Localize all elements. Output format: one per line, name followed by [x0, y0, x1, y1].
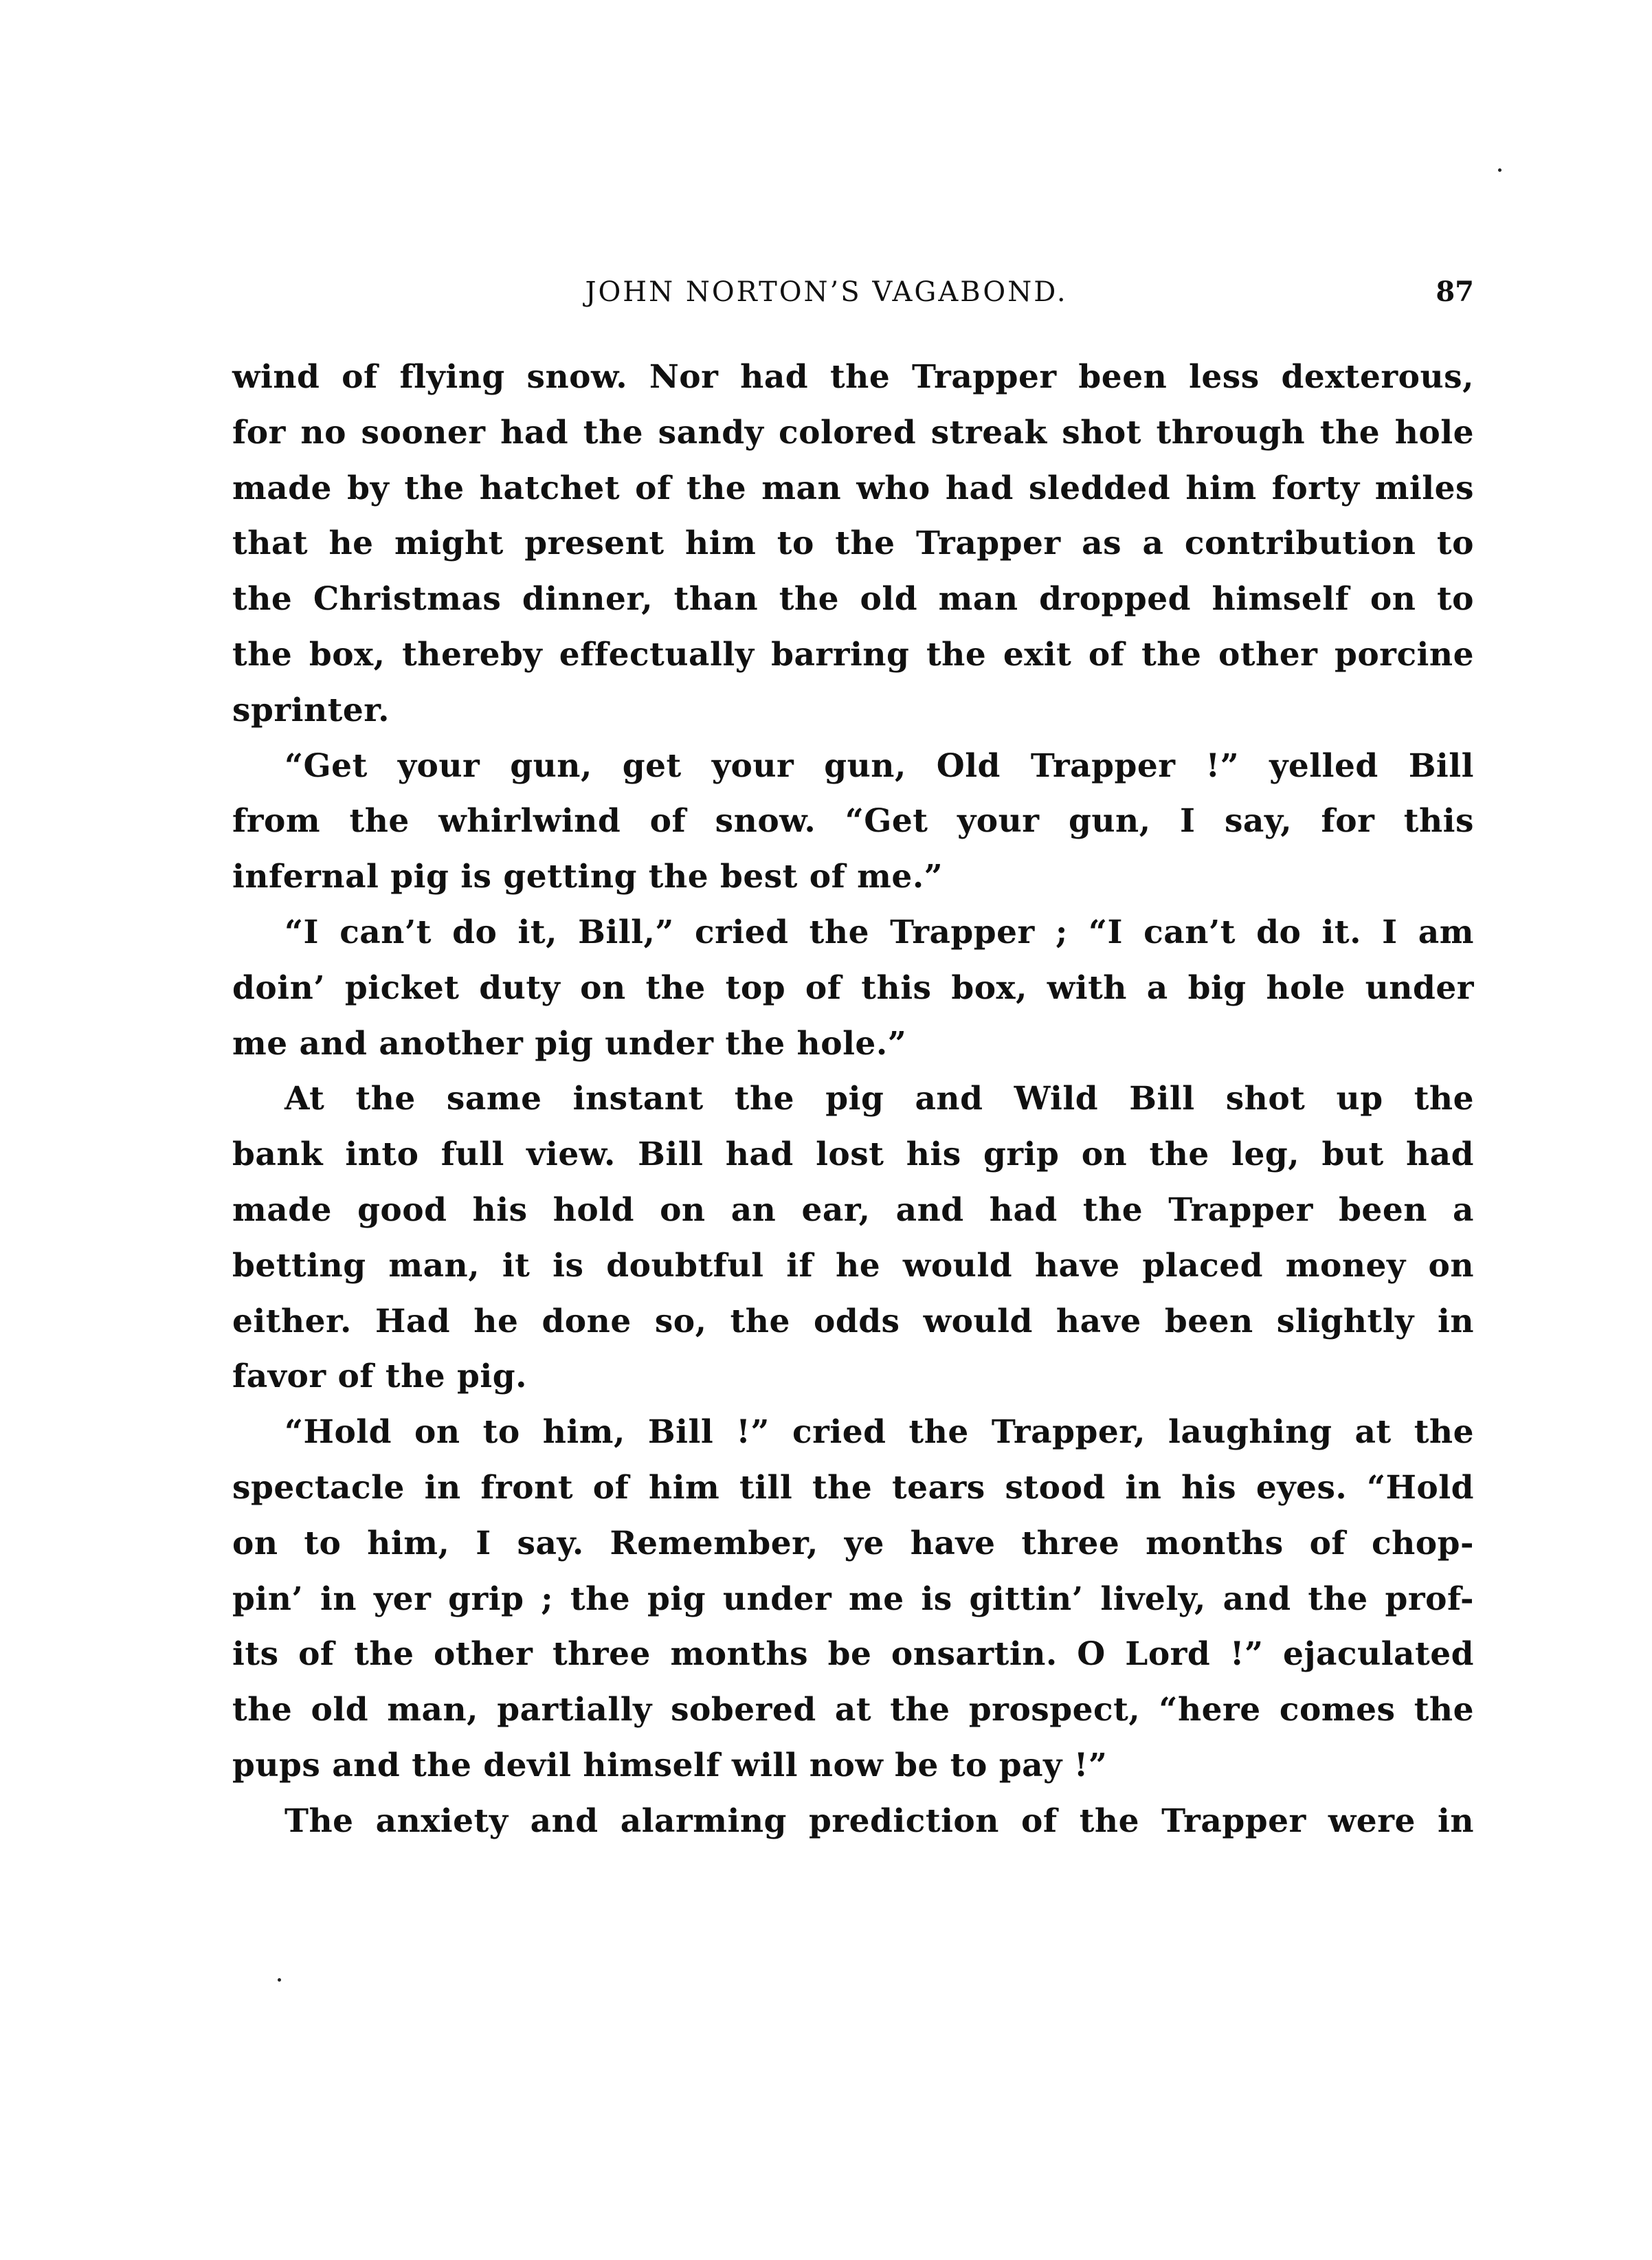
paragraph: wind of flying snow. Nor had the Trapper…	[232, 350, 1474, 739]
text-line: “Get your gun, get your gun, Old Trapper…	[232, 739, 1474, 795]
text-line: spectacle in front of him till the tears…	[232, 1461, 1474, 1516]
page-body: wind of flying snow. Nor had the Trapper…	[232, 350, 1474, 1850]
text-line: the Christmas dinner, than the old man d…	[232, 572, 1474, 628]
text-line: the box, thereby effectually barring the…	[232, 628, 1474, 683]
paragraph: “Hold on to him, Bill !” cried the Trapp…	[232, 1405, 1474, 1794]
text-line: from the whirlwind of snow. “Get your gu…	[232, 794, 1474, 850]
paragraph: The anxiety and alarming prediction of t…	[232, 1794, 1474, 1850]
text-line: me and another pig under the hole.”	[232, 1017, 1474, 1072]
text-line: sprinter.	[232, 683, 1474, 739]
running-head-title: JOHN NORTON’S VAGABOND.	[234, 272, 1474, 313]
text-line: made good his hold on an ear, and had th…	[232, 1183, 1474, 1239]
paragraph: “I can’t do it, Bill,” cried the Trapper…	[232, 905, 1474, 1072]
text-line: pups and the devil himself will now be t…	[232, 1738, 1474, 1794]
text-line: bank into full view. Bill had lost his g…	[232, 1127, 1474, 1183]
text-line: that he might present him to the Trapper…	[232, 516, 1474, 572]
text-line: doin’ picket duty on the top of this box…	[232, 961, 1474, 1017]
text-line: on to him, I say. Remember, ye have thre…	[232, 1516, 1474, 1572]
text-line: wind of flying snow. Nor had the Trapper…	[232, 350, 1474, 406]
text-line: its of the other three months be onsarti…	[232, 1627, 1474, 1683]
text-line: made by the hatchet of the man who had s…	[232, 461, 1474, 517]
text-line: for no sooner had the sandy colored stre…	[232, 406, 1474, 461]
text-line: infernal pig is getting the best of me.”	[232, 850, 1474, 905]
text-line: “Hold on to him, Bill !” cried the Trapp…	[232, 1405, 1474, 1461]
text-line: the old man, partially sobered at the pr…	[232, 1683, 1474, 1738]
text-line: betting man, it is doubtful if he would …	[232, 1239, 1474, 1294]
text-line: At the same instant the pig and Wild Bil…	[232, 1072, 1474, 1127]
paragraph: “Get your gun, get your gun, Old Trapper…	[232, 739, 1474, 905]
scan-speck-top-right	[1498, 168, 1502, 172]
text-line: “I can’t do it, Bill,” cried the Trapper…	[232, 905, 1474, 961]
text-line: The anxiety and alarming prediction of t…	[232, 1794, 1474, 1850]
running-header: JOHN NORTON’S VAGABOND. 87	[234, 272, 1474, 313]
page-number: 87	[1436, 272, 1474, 313]
text-line: either. Had he done so, the odds would h…	[232, 1294, 1474, 1350]
scan-speck-bottom-left	[278, 1978, 281, 1982]
paragraph: At the same instant the pig and Wild Bil…	[232, 1072, 1474, 1405]
text-line: favor of the pig.	[232, 1349, 1474, 1405]
text-line: pin’ in yer grip ; the pig under me is g…	[232, 1572, 1474, 1628]
